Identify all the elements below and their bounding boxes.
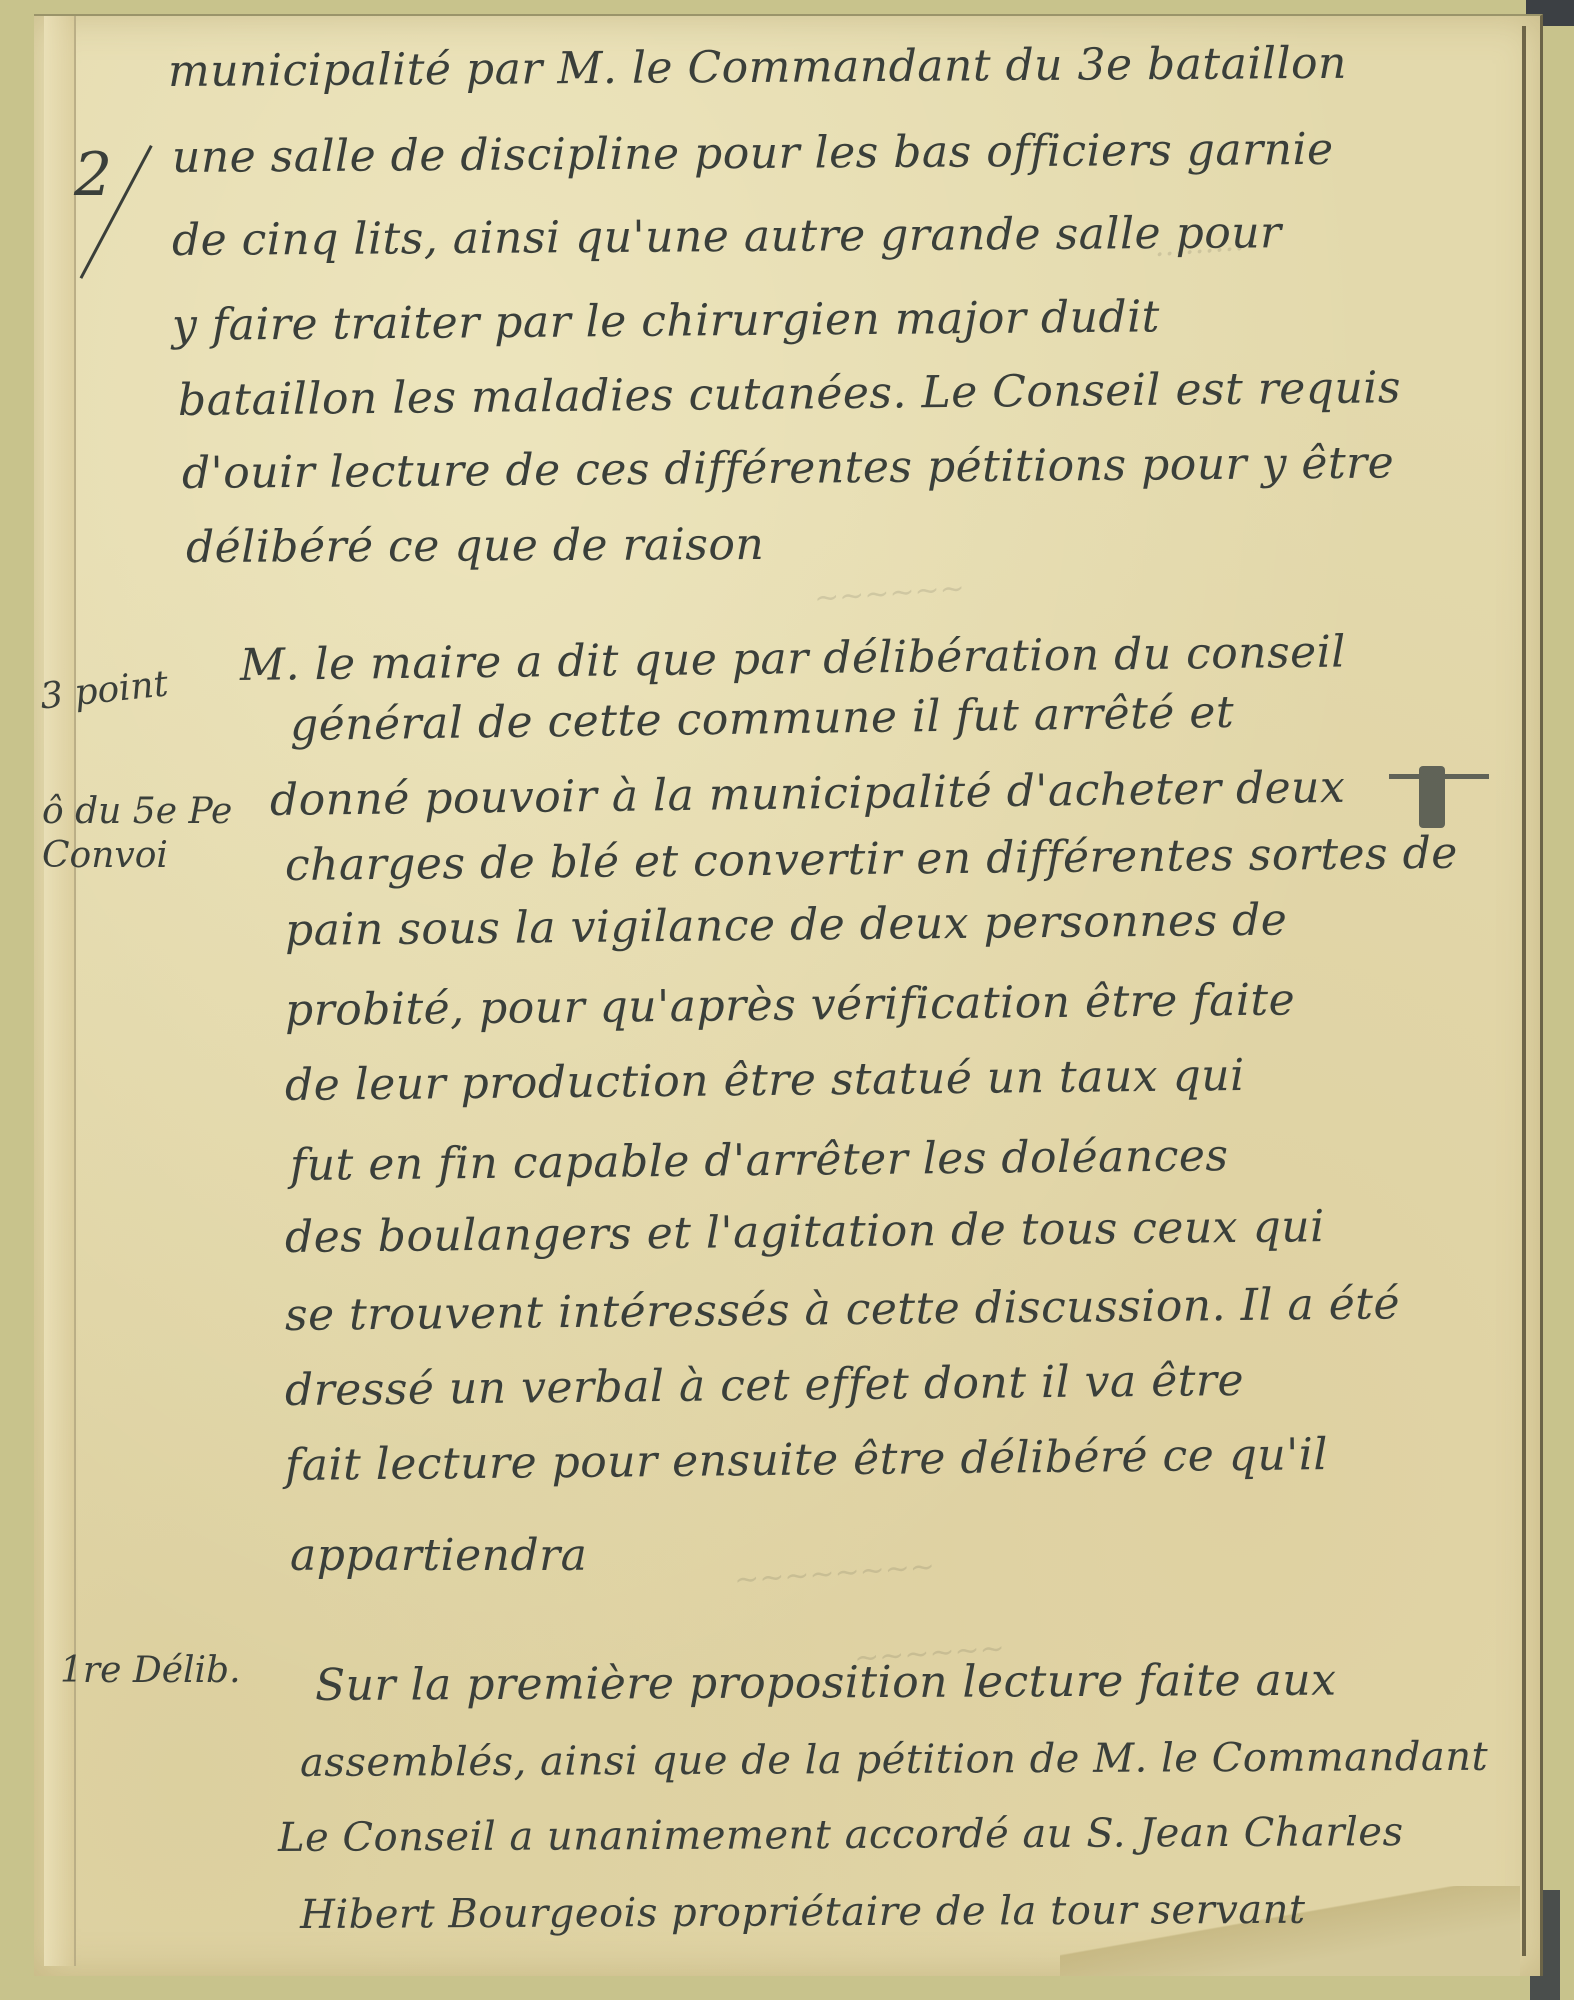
text-line: des boulangers et l'agitation de tous ce… — [285, 1201, 1325, 1263]
text-line: de cinq lits, ainsi qu'une autre grande … — [172, 207, 1282, 266]
bleed-through: ~~~~~~ — [813, 571, 966, 616]
text-line: de leur production être statué un taux q… — [285, 1050, 1245, 1111]
text-line: une salle de discipline pour les bas off… — [172, 124, 1334, 183]
text-line: Hibert Bourgeois propriétaire de la tour… — [300, 1887, 1306, 1938]
text-line: fut en fin capable d'arrêter les doléanc… — [290, 1130, 1229, 1191]
text-line: probité, pour qu'après vérification être… — [285, 974, 1296, 1036]
text-line: dressé un verbal à cet effet dont il va … — [285, 1355, 1245, 1416]
text-line: délibéré ce que de raison — [186, 519, 765, 573]
text-line: d'ouir lecture de ces différentes pétiti… — [182, 437, 1395, 499]
text-line: appartiendra — [290, 1530, 587, 1581]
text-line: Le Conseil a unanimement accordé au S. J… — [278, 1809, 1404, 1861]
text-line: pain sous la vigilance de deux personnes… — [285, 895, 1288, 956]
text-line: assemblés, ainsi que de la pétition de M… — [300, 1734, 1488, 1786]
margin-note: 1re Délib. — [60, 1650, 241, 1691]
page-edge — [1522, 26, 1526, 1956]
text-line: y faire traiter par le chirurgien major … — [172, 291, 1160, 351]
text-line: Sur la première proposition lecture fait… — [315, 1655, 1337, 1711]
text-line: municipalité par M. le Commandant du 3e … — [168, 38, 1347, 97]
margin-note: ô du 5e Pe Convoi — [42, 790, 272, 878]
page-number: 2 — [74, 140, 112, 210]
ink-blot — [1419, 766, 1445, 828]
text-line: fait lecture pour ensuite être délibéré … — [285, 1429, 1328, 1491]
bleed-through: ~~~~~~~~ — [733, 1549, 936, 1598]
